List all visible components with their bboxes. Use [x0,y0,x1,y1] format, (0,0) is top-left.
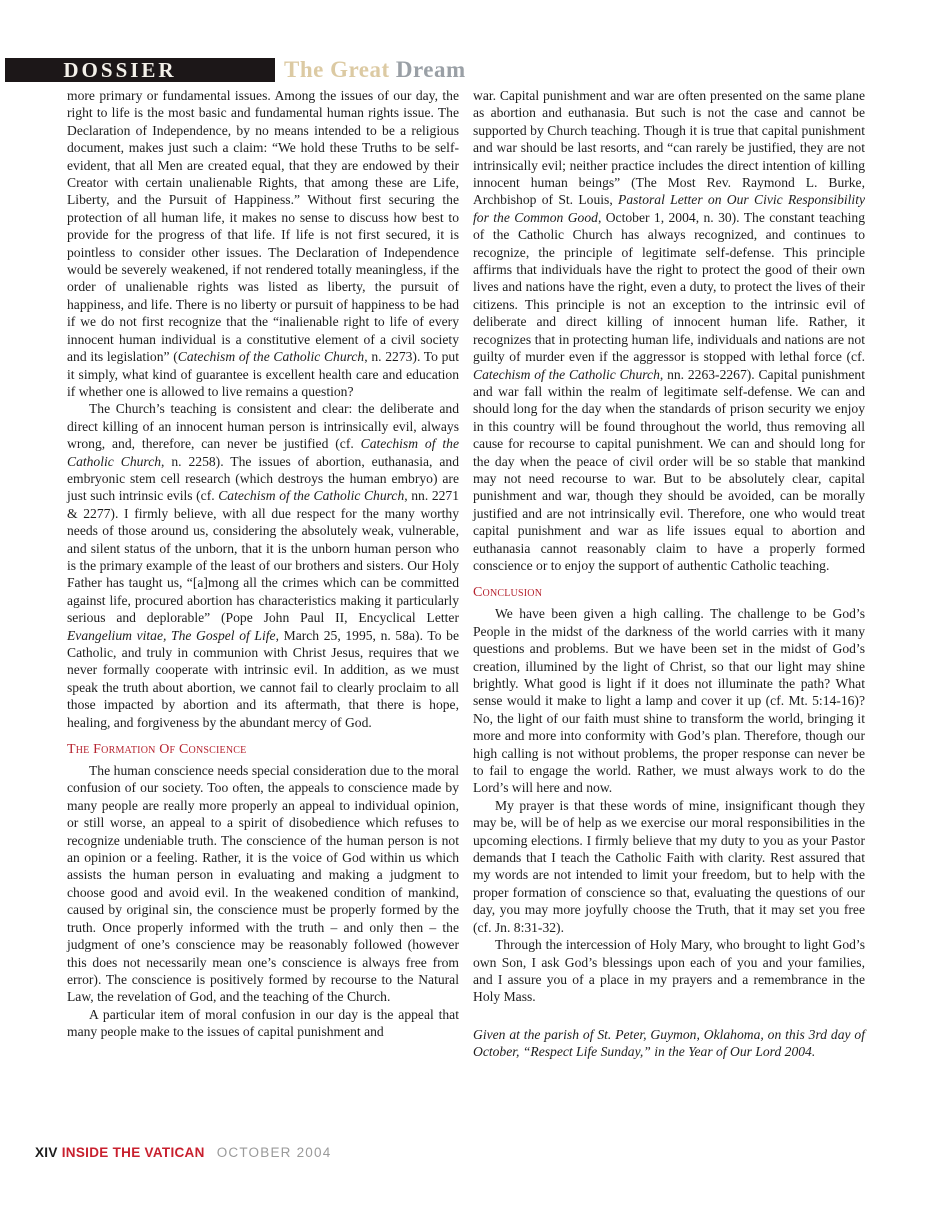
issue-date: OCTOBER 2004 [217,1145,332,1160]
paragraph: more primary or fundamental issues. Amon… [67,87,459,400]
right-column: war. Capital punishment and war are ofte… [473,87,865,1061]
citation: Catechism of the Catholic Church [218,488,404,503]
citation: Evangelium vitae, The Gospel of Life [67,628,276,643]
article-title-part1: The Great [284,57,390,82]
citation: Catechism of the Catholic Church [473,367,660,382]
section-label: DOSSIER [63,58,216,83]
section-heading-conscience: The Formation Of Conscience [67,741,459,759]
paragraph: Through the intercession of Holy Mary, w… [473,936,865,1006]
magazine-name: INSIDE THE VATICAN [62,1145,205,1160]
paragraph: The Church’s teaching is consistent and … [67,400,459,731]
paragraph: The human conscience needs special consi… [67,762,459,1006]
section-banner: DOSSIER [5,58,275,82]
paragraph: war. Capital punishment and war are ofte… [473,87,865,574]
paragraph: My prayer is that these words of mine, i… [473,797,865,936]
article-title: The Great Dream [284,56,466,84]
section-heading-conclusion: Conclusion [473,584,865,602]
paragraph: We have been given a high calling. The c… [473,605,865,796]
closing-dateline: Given at the parish of St. Peter, Guymon… [473,1026,865,1061]
article-title-part2: Dream [396,57,466,82]
page-footer: XIV INSIDE THE VATICAN OCTOBER 2004 [35,1145,331,1160]
page-number: XIV [35,1145,58,1160]
citation: Catechism of the Catholic Church [178,349,364,364]
paragraph: A particular item of moral confusion in … [67,1006,459,1041]
left-column: more primary or fundamental issues. Amon… [67,87,459,1041]
